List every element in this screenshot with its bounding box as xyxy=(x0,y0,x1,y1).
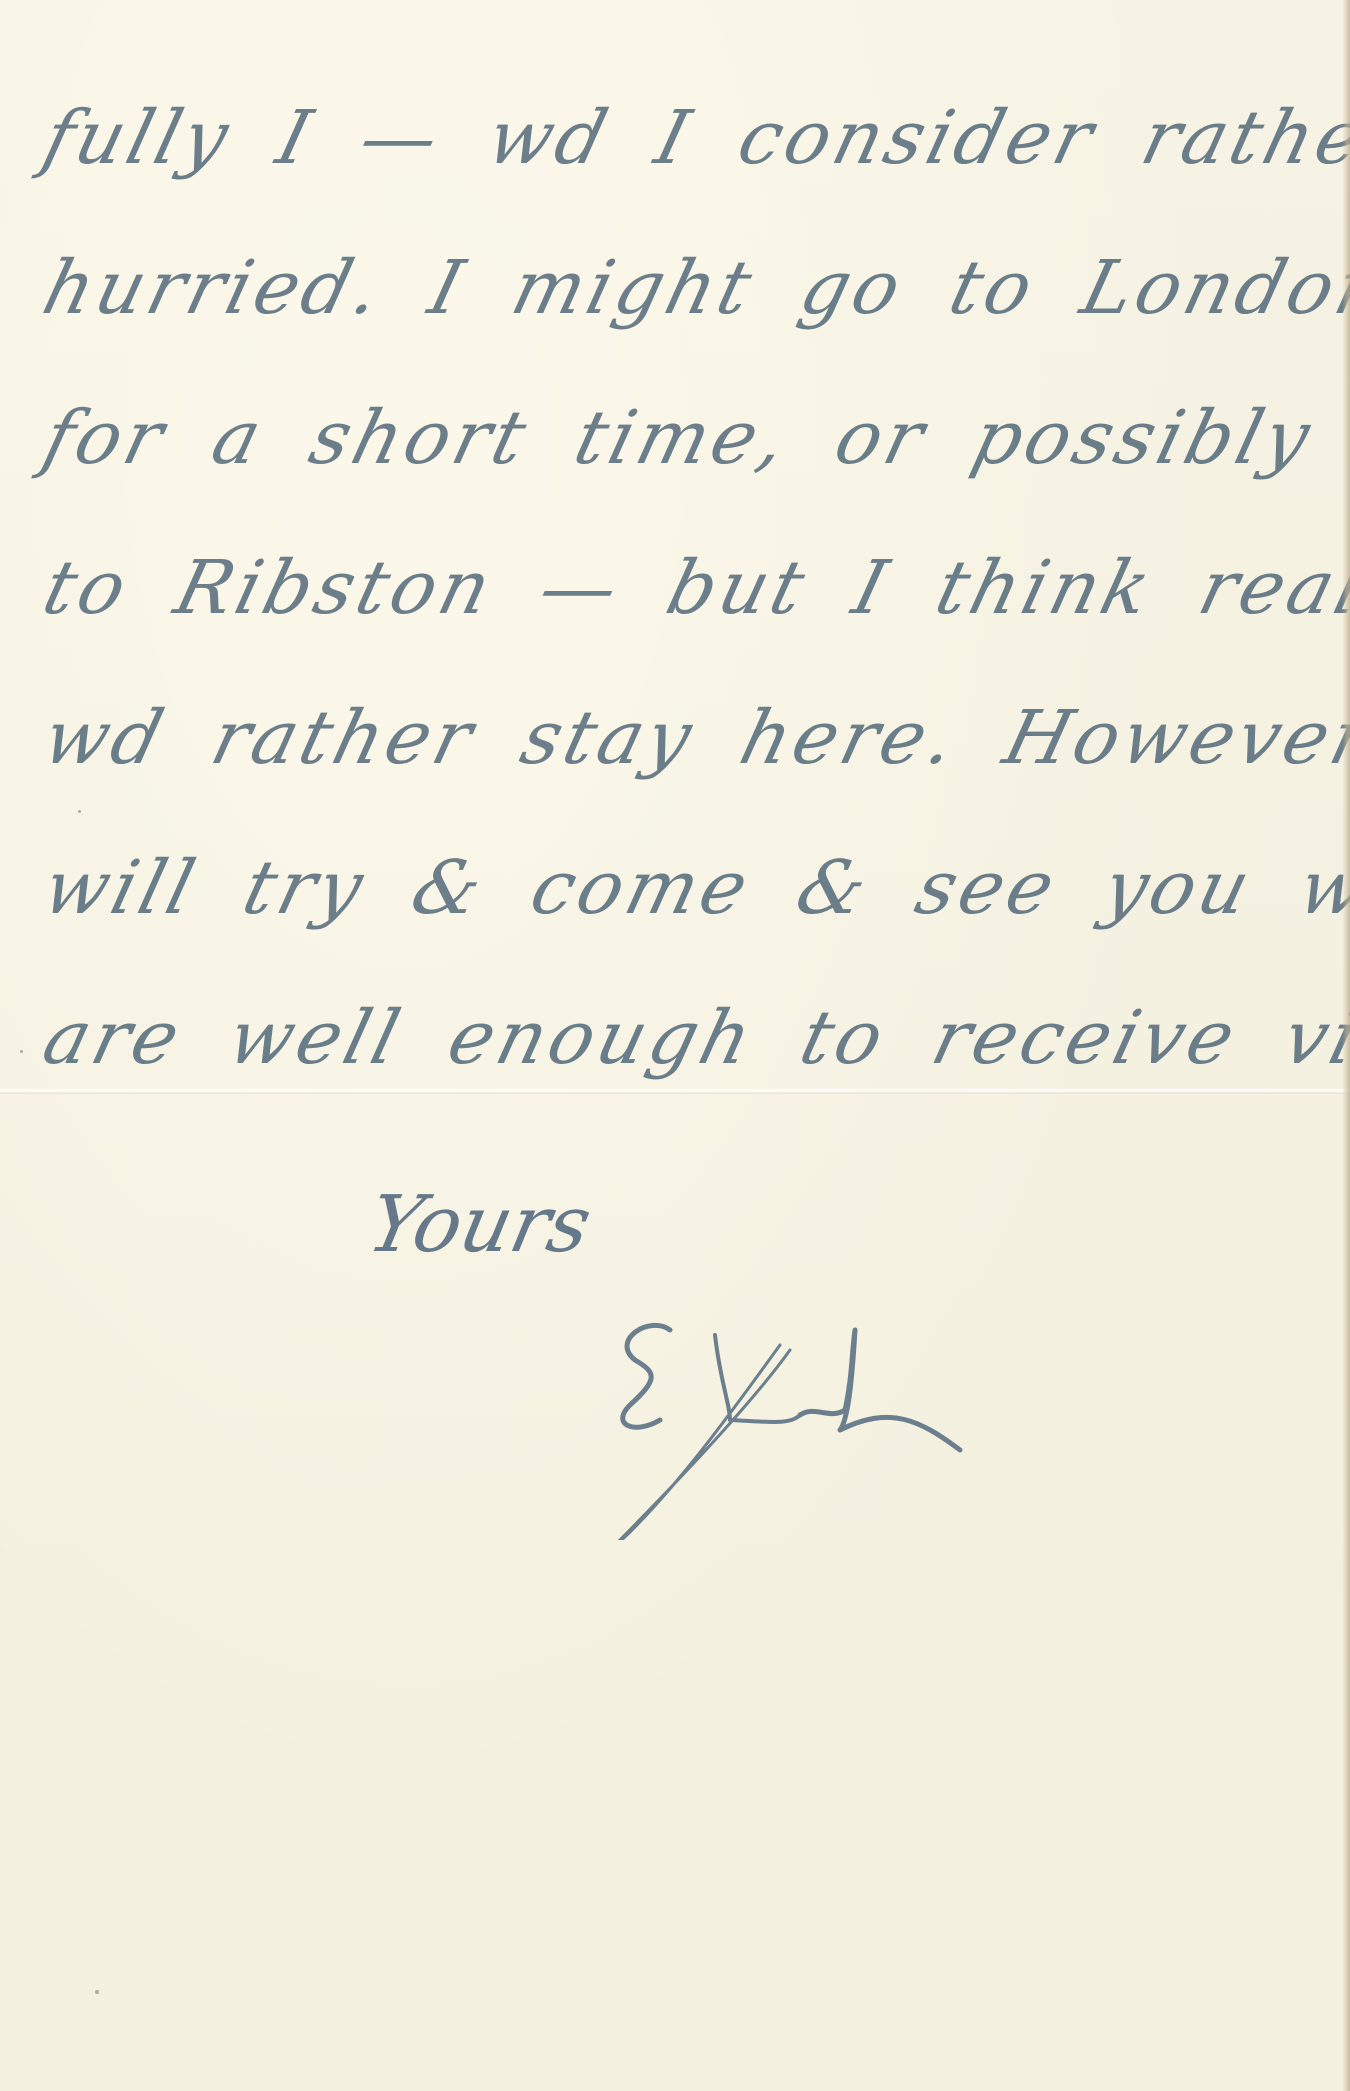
letter-line-1: fully I — wd I consider rather xyxy=(35,95,1350,181)
paper-speck xyxy=(20,1050,23,1053)
letter-line-4: to Ribston — but I think really I xyxy=(35,545,1350,631)
letter-line-2: hurried. I might go to London xyxy=(35,245,1350,331)
paper-speck xyxy=(95,1990,99,1994)
paper-speck xyxy=(78,810,81,813)
paper-fold-crease xyxy=(0,1088,1350,1094)
letter-line-6: will try & come & see you when you xyxy=(35,845,1350,931)
letter-line-3: for a short time, or possibly come xyxy=(35,395,1350,481)
signature-scribble-icon xyxy=(590,1310,1060,1540)
letter-line-7: are well enough to receive visitors. xyxy=(35,995,1350,1081)
letter-line-5: wd rather stay here. However, I xyxy=(35,695,1350,781)
letter-closing: Yours xyxy=(360,1180,598,1270)
signature: E. J. Bent xyxy=(590,1310,1060,1540)
letter-page: fully I — wd I consider rather hurried. … xyxy=(0,0,1350,2091)
